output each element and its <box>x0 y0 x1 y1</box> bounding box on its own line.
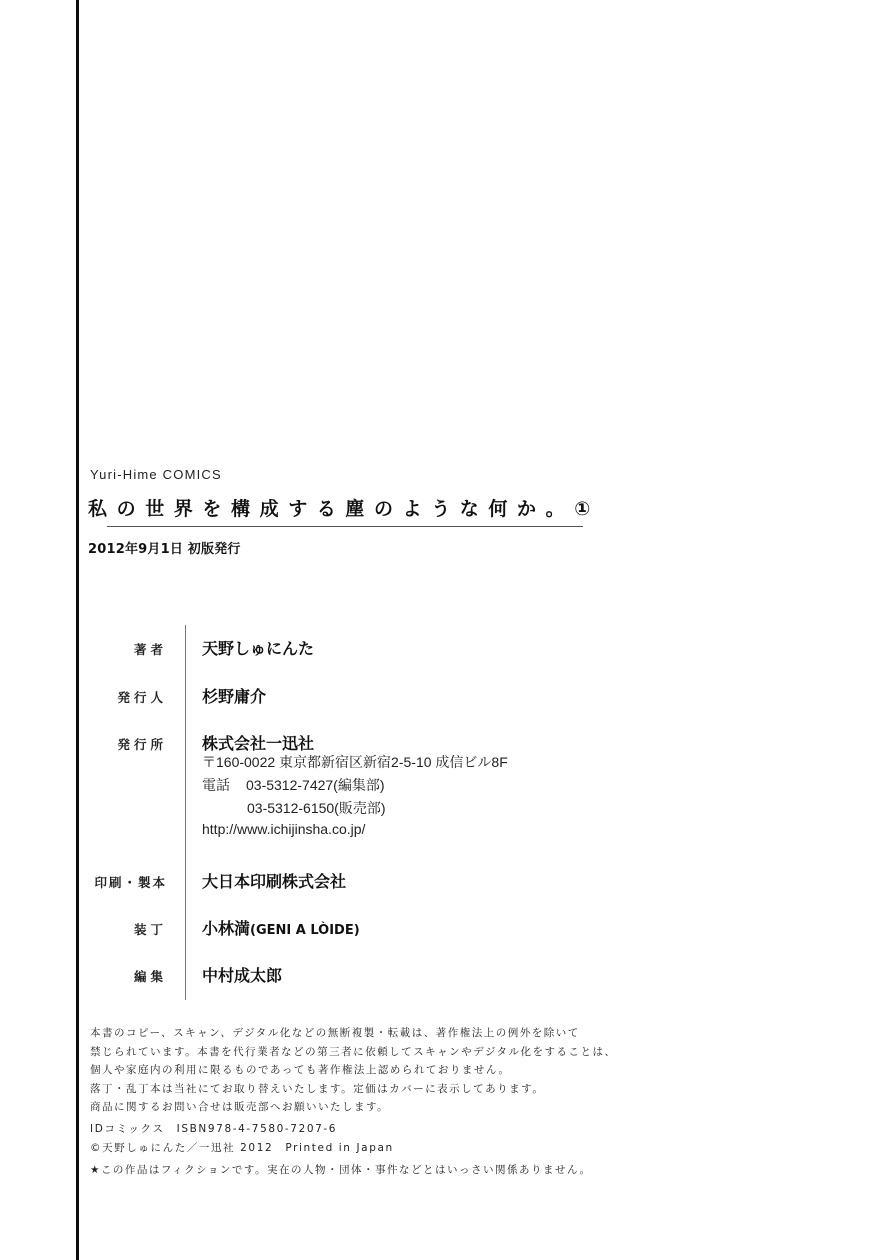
credit-label-design: 装丁 <box>134 920 167 938</box>
credit-label-author: 著者 <box>134 640 167 658</box>
isbn-line: IDコミックス ISBN978-4-7580-7207-6 <box>90 1120 394 1139</box>
publication-date: 2012年9月1日 初版発行 <box>88 538 241 557</box>
publisher-phone-editorial: 電話03-5312-7427(編集部) <box>202 775 385 795</box>
series-name: Yuri-Hime COMICS <box>90 467 222 482</box>
phone-editorial: 03-5312-7427(編集部) <box>246 777 385 793</box>
page-spine-line <box>76 0 79 1260</box>
credit-value-printing: 大日本印刷株式会社 <box>202 869 346 892</box>
credit-label-printing: 印刷・製本 <box>94 873 167 891</box>
fiction-disclaimer: ★この作品はフィクションです。実在の人物・団体・事件などとはいっさい関係ありませ… <box>90 1162 592 1177</box>
publisher-phone-sales: 03-5312-6150(販売部) <box>247 798 386 818</box>
notice-line: 本書のコピー、スキャン、デジタル化などの無断複製・転載は、著作権法上の例外を除い… <box>90 1024 617 1043</box>
designer-studio: (GENI A LÒIDE) <box>250 923 360 938</box>
copyright-line: ©天野しゅにんた／一迅社 2012 Printed in Japan <box>90 1139 394 1158</box>
credit-label-publisher-person: 発行人 <box>117 688 167 706</box>
copyright-notice: 本書のコピー、スキャン、デジタル化などの無断複製・転載は、著作権法上の例外を除い… <box>90 1024 617 1117</box>
notice-line: 商品に関するお問い合せは販売部へお願いいたします。 <box>90 1098 617 1117</box>
credit-label-publisher: 発行所 <box>117 735 167 753</box>
publisher-address: 〒160-0022 東京都新宿区新宿2-5-10 成信ビル8F <box>202 752 508 772</box>
notice-line: 個人や家庭内の利用に限るものであっても著作権法上認められておりません。 <box>90 1061 617 1080</box>
notice-line: 禁じられています。本書を代行業者などの第三者に依頼してスキャンやデジタル化をする… <box>90 1043 617 1062</box>
notice-line: 落丁・乱丁本は当社にてお取り替えいたします。定価はカバーに表示してあります。 <box>90 1080 617 1099</box>
phone-label: 電話 <box>202 777 230 793</box>
isbn-block: IDコミックス ISBN978-4-7580-7207-6 ©天野しゅにんた／一… <box>90 1120 394 1158</box>
credit-value-design: 小林満(GENI A LÒIDE) <box>202 916 360 939</box>
credit-value-publisher-person: 杉野庸介 <box>202 684 266 707</box>
publisher-url: http://www.ichijinsha.co.jp/ <box>202 821 365 837</box>
credit-value-author: 天野しゅにんた <box>202 636 314 659</box>
book-title: 私の世界を構成する塵のような何か。① <box>88 494 600 521</box>
credit-value-editor: 中村成太郎 <box>202 963 282 986</box>
credits-divider <box>185 625 186 1000</box>
credit-value-publisher: 株式会社一迅社 <box>202 731 314 754</box>
credit-label-editor: 編集 <box>134 967 167 985</box>
designer-name: 小林満 <box>202 919 250 938</box>
title-underline <box>107 526 583 527</box>
